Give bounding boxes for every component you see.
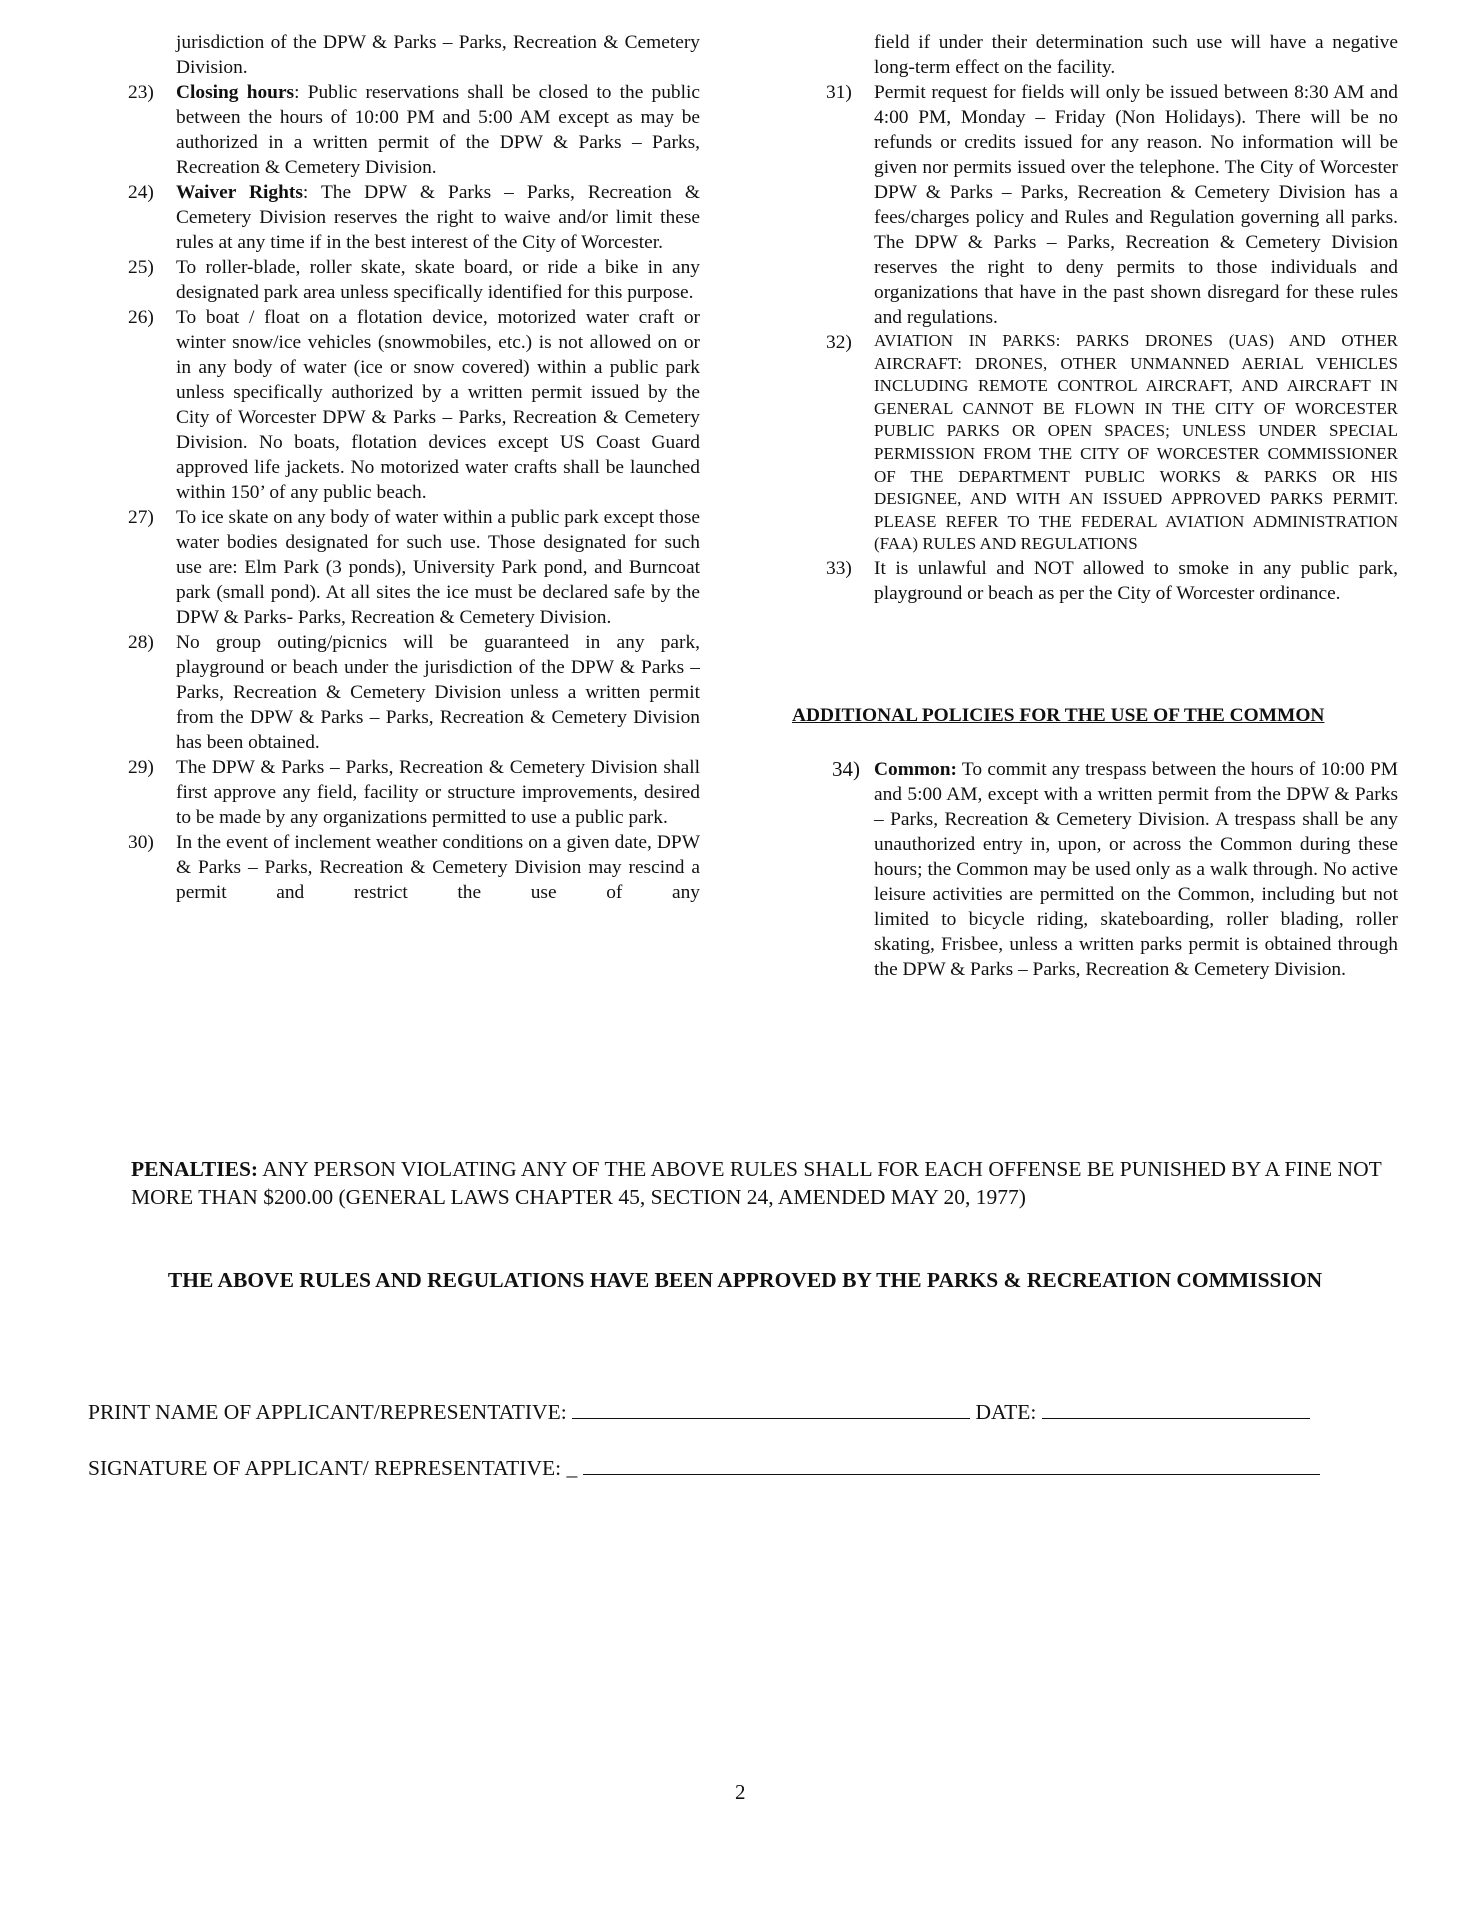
signature-line: SIGNATURE OF APPLICANT/ REPRESENTATIVE: … <box>88 1456 1320 1481</box>
approval-statement: THE ABOVE RULES AND REGULATIONS HAVE BEE… <box>131 1267 1359 1294</box>
rule-22-continuation: jurisdiction of the DPW & Parks – Parks,… <box>128 30 700 80</box>
rule-32: 32) AVIATION IN PARKS: PARKS DRONES (UAS… <box>826 330 1398 556</box>
rule-25: 25) To roller-blade, roller skate, skate… <box>128 255 700 305</box>
rule-33: 33) It is unlawful and NOT allowed to sm… <box>826 556 1398 606</box>
rule-number: 25) <box>128 255 154 280</box>
rule-31: 31) Permit request for fields will only … <box>826 80 1398 330</box>
common-section: 34) Common: To commit any trespass betwe… <box>832 757 1398 982</box>
rule-number: 32) <box>826 330 852 355</box>
rule-number: 34) <box>832 757 860 782</box>
rule-number: 27) <box>128 505 154 530</box>
rule-30: 30) In the event of inclement weather co… <box>128 830 700 905</box>
section-heading: ADDITIONAL POLICIES FOR THE USE OF THE C… <box>792 705 1324 727</box>
rule-29: 29) The DPW & Parks – Parks, Recreation … <box>128 755 700 830</box>
signature-label: SIGNATURE OF APPLICANT/ REPRESENTATIVE: … <box>88 1456 577 1480</box>
rule-text: No group outing/picnics will be guarante… <box>176 632 700 753</box>
rule-text: To commit any trespass between the hours… <box>874 759 1398 980</box>
print-name-line: PRINT NAME OF APPLICANT/REPRESENTATIVE: … <box>88 1400 1310 1425</box>
rule-text: To ice skate on any body of water within… <box>176 507 700 628</box>
print-name-label: PRINT NAME OF APPLICANT/REPRESENTATIVE: <box>88 1400 567 1424</box>
rule-34: 34) Common: To commit any trespass betwe… <box>832 757 1398 982</box>
rule-text: To boat / float on a flotation device, m… <box>176 307 700 503</box>
rule-number: 24) <box>128 180 154 205</box>
rule-title: Waiver Rights <box>176 182 303 203</box>
signature-field[interactable] <box>583 1456 1320 1475</box>
rule-number: 26) <box>128 305 154 330</box>
rule-number: 33) <box>826 556 852 581</box>
rule-text: To roller-blade, roller skate, skate boa… <box>176 257 700 303</box>
rule-text: The DPW & Parks – Parks, Recreation & Ce… <box>176 757 700 828</box>
rule-number: 28) <box>128 630 154 655</box>
left-column: jurisdiction of the DPW & Parks – Parks,… <box>128 30 700 905</box>
rule-text: AVIATION IN PARKS: PARKS DRONES (UAS) AN… <box>874 330 1398 556</box>
rule-number: 23) <box>128 80 154 105</box>
rule-title: Closing hours <box>176 82 294 103</box>
rule-number: 31) <box>826 80 852 105</box>
rule-text: It is unlawful and NOT allowed to smoke … <box>874 558 1398 604</box>
penalties-text: ANY PERSON VIOLATING ANY OF THE ABOVE RU… <box>131 1157 1381 1209</box>
rule-title: Common: <box>874 759 957 780</box>
penalties-label: PENALTIES: <box>131 1157 258 1181</box>
right-column: field if under their determination such … <box>826 30 1398 606</box>
rule-24: 24) Waiver Rights: The DPW & Parks – Par… <box>128 180 700 255</box>
rule-28: 28) No group outing/picnics will be guar… <box>128 630 700 755</box>
rule-number: 29) <box>128 755 154 780</box>
print-name-field[interactable] <box>572 1400 970 1419</box>
rule-23: 23) Closing hours: Public reservations s… <box>128 80 700 180</box>
date-field[interactable] <box>1042 1400 1310 1419</box>
page-number: 2 <box>735 1780 746 1805</box>
penalties-paragraph: PENALTIES: ANY PERSON VIOLATING ANY OF T… <box>131 1155 1401 1211</box>
rule-26: 26) To boat / float on a flotation devic… <box>128 305 700 505</box>
rule-text: Permit request for fields will only be i… <box>874 82 1398 328</box>
rule-27: 27) To ice skate on any body of water wi… <box>128 505 700 630</box>
rule-text: In the event of inclement weather condit… <box>176 832 700 903</box>
rule-30-continuation: field if under their determination such … <box>826 30 1398 80</box>
date-label: DATE: <box>975 1400 1036 1424</box>
rule-number: 30) <box>128 830 154 855</box>
